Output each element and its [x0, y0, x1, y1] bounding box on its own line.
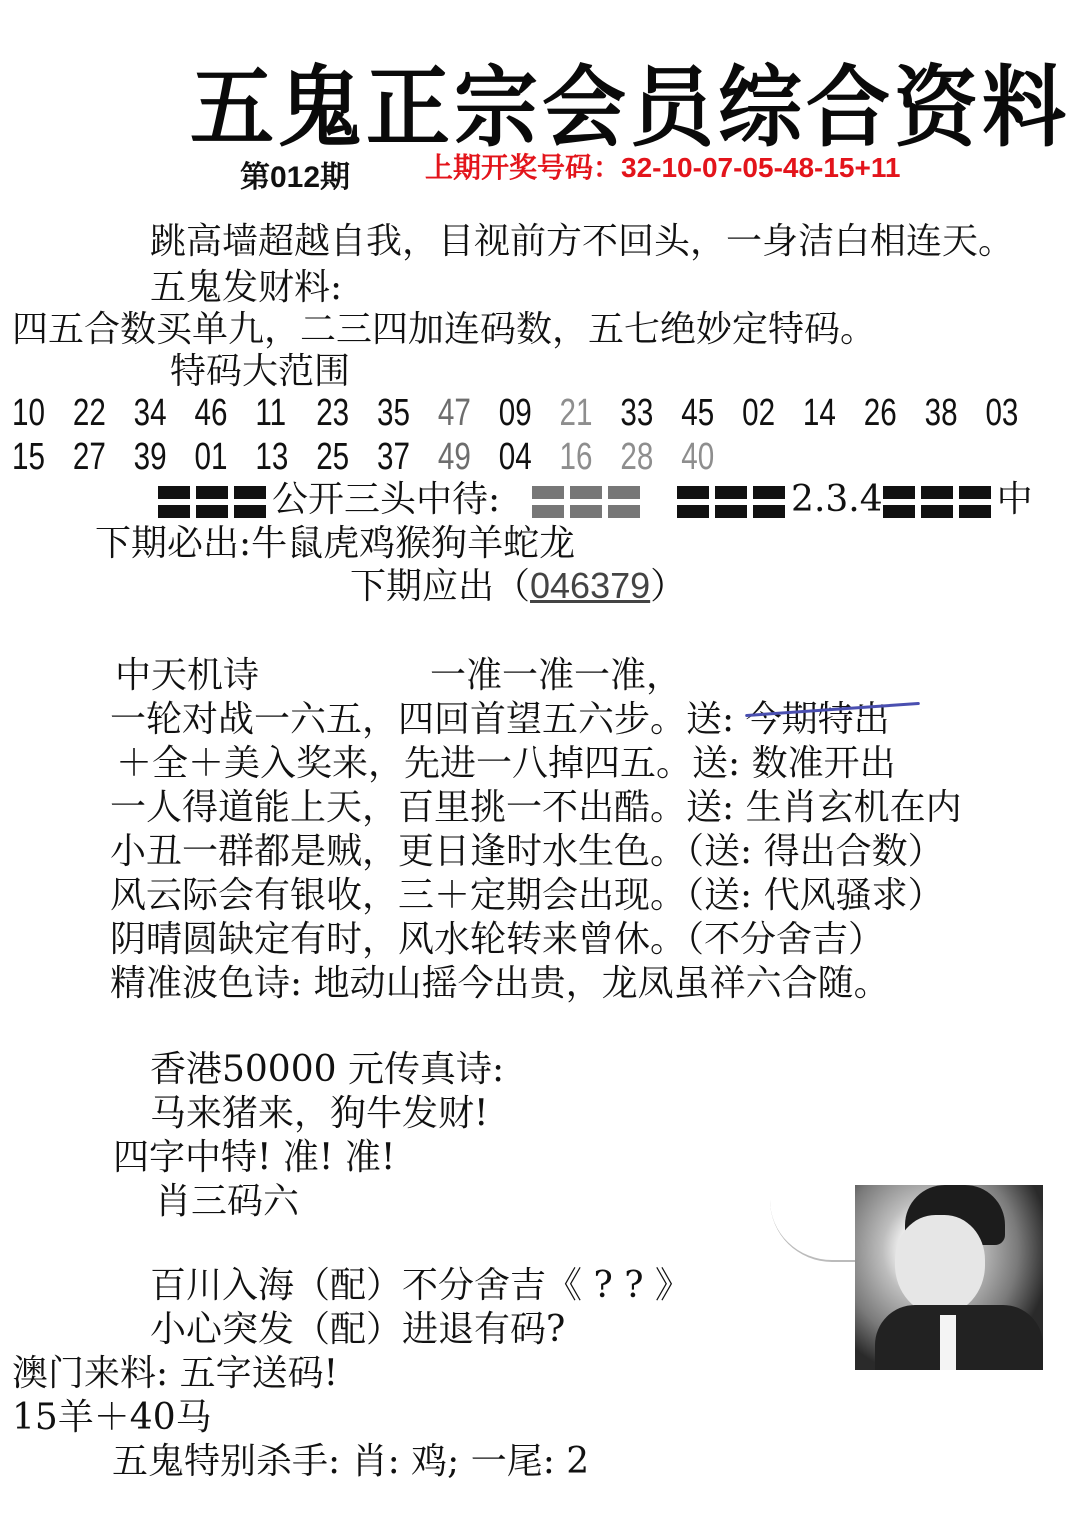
photo-face — [895, 1215, 985, 1315]
range-number: 40 — [681, 436, 742, 479]
range-number: 25 — [316, 436, 377, 479]
range-number: 09 — [499, 392, 560, 435]
redaction-block-icon — [196, 486, 228, 518]
last-draw-numbers: 32-10-07-05-48-15+11 — [621, 152, 900, 183]
range-number: 02 — [742, 392, 803, 435]
redaction-block-icon — [158, 486, 190, 518]
hk-line-1: 香港50000 元传真诗: — [150, 1050, 504, 1090]
redaction-block-icon — [921, 486, 953, 518]
poem-line: ＋全＋美入奖来，先进一八掉四五。送: 数准开出 — [116, 744, 896, 784]
next-should-row: 下期应出（046379） — [350, 566, 686, 607]
redaction-block-icon — [715, 486, 747, 518]
redaction-block-icon — [883, 486, 915, 518]
range-number: 23 — [316, 392, 377, 435]
intro-poem-line: 跳高墙超越自我，目视前方不回头，一身洁白相连天。 — [150, 222, 1014, 262]
poem-line: 精准波色诗: 地动山摇今出贵，龙凤虽祥六合随。 — [110, 964, 890, 1004]
next-must-row: 下期必出:牛鼠虎鸡猴狗羊蛇龙 — [95, 524, 575, 564]
pairs-line-1: 百川入海（配）不分舍吉《 ? ? 》 — [150, 1266, 691, 1306]
photo-body — [875, 1305, 1043, 1370]
range-number: 16 — [560, 436, 621, 479]
range-number: 27 — [73, 436, 134, 479]
macau-code: 15羊＋40马 — [12, 1398, 212, 1438]
poem-line: 小丑一群都是贼，更日逢时水生色。（送: 得出合数） — [110, 832, 944, 872]
macau-heading: 澳门来料: 五字送码! — [12, 1354, 338, 1394]
redaction-block-icon — [608, 486, 640, 518]
three-heads-value: 2.3.4 — [791, 479, 883, 520]
range-number: 37 — [377, 436, 438, 479]
poem-tagline: 一准一准一准， — [430, 656, 682, 696]
next-should-digits: 046379 — [530, 565, 650, 606]
poem-line: 风云际会有银收，三＋定期会出现。（送: 代风骚求） — [110, 876, 944, 916]
poem-line: 一轮对战一六五，四回首望五六步。送: 今期特出 — [110, 700, 890, 740]
range-number: 39 — [134, 436, 195, 479]
poem-line: 阴晴圆缺定有时，风水轮转来曾休。（不分舍吉） — [110, 920, 884, 960]
page-title: 五鬼正宗会员综合资料 — [190, 37, 1070, 164]
redaction-block-icon — [234, 486, 266, 518]
redaction-block-icon — [959, 486, 991, 518]
range-number: 35 — [377, 392, 438, 435]
range-number: 28 — [620, 436, 681, 479]
range-number: 11 — [255, 392, 316, 435]
range-number: 14 — [803, 392, 864, 435]
range-number: 22 — [73, 392, 134, 435]
range-number: 38 — [925, 392, 986, 435]
range-number: 46 — [195, 392, 256, 435]
range-numbers-row-1: 1022344611233547092133450214263803 — [12, 392, 1046, 435]
fortune-heading: 五鬼发财料: — [150, 268, 342, 308]
redaction-block-icon — [570, 486, 602, 518]
poem-line: 一人得道能上天，百里挑一不出酷。送: 生肖玄机在内 — [110, 788, 962, 828]
redaction-block-icon — [753, 486, 785, 518]
portrait-photo — [855, 1185, 1043, 1370]
photo-collar — [940, 1315, 956, 1370]
range-number: 04 — [499, 436, 560, 479]
next-must-label: 下期必出: — [95, 523, 251, 564]
pairs-line-2: 小心突发（配）进退有码? — [150, 1310, 565, 1350]
poem-heading: 中天机诗 — [115, 656, 259, 696]
range-number: 34 — [134, 392, 195, 435]
hk-line-3: 四字中特! 准! 准! — [113, 1138, 395, 1178]
range-number: 21 — [560, 392, 621, 435]
range-number: 49 — [438, 436, 499, 479]
range-heading: 特码大范围 — [170, 352, 350, 392]
three-heads-row: 公开三头中待: 2.3.4中 — [158, 480, 1033, 520]
issue-number: 第012期 — [240, 152, 350, 196]
last-draw-label: 上期开奖号码： — [425, 152, 621, 183]
redaction-block-icon — [677, 486, 709, 518]
next-should-close: ） — [650, 566, 686, 607]
killer-line: 五鬼特别杀手: 肖: 鸡; 一尾: 2 — [112, 1442, 589, 1482]
range-number: 13 — [255, 436, 316, 479]
hk-line-4: 肖三码六 — [155, 1182, 299, 1222]
range-number: 33 — [620, 392, 681, 435]
range-numbers-row-2: 152739011325374904162840 — [12, 436, 742, 479]
three-heads-label: 公开三头中待: — [272, 479, 500, 520]
range-number: 15 — [12, 436, 73, 479]
hk-line-2: 马来猪来，狗牛发财! — [150, 1094, 488, 1134]
range-number: 26 — [864, 392, 925, 435]
range-number: 01 — [195, 436, 256, 479]
range-number: 10 — [12, 392, 73, 435]
fortune-line: 四五合数买单九，二三四加连码数，五七绝妙定特码。 — [12, 310, 876, 350]
redaction-block-icon — [532, 486, 564, 518]
next-must-zodiacs: 牛鼠虎鸡猴狗羊蛇龙 — [251, 523, 575, 564]
last-draw: 上期开奖号码：32-10-07-05-48-15+11 — [425, 146, 900, 186]
next-should-label: 下期应出（ — [350, 566, 530, 607]
range-number: 47 — [438, 392, 499, 435]
three-heads-suffix: 中 — [997, 479, 1033, 520]
range-number: 03 — [985, 392, 1046, 435]
range-number: 45 — [681, 392, 742, 435]
